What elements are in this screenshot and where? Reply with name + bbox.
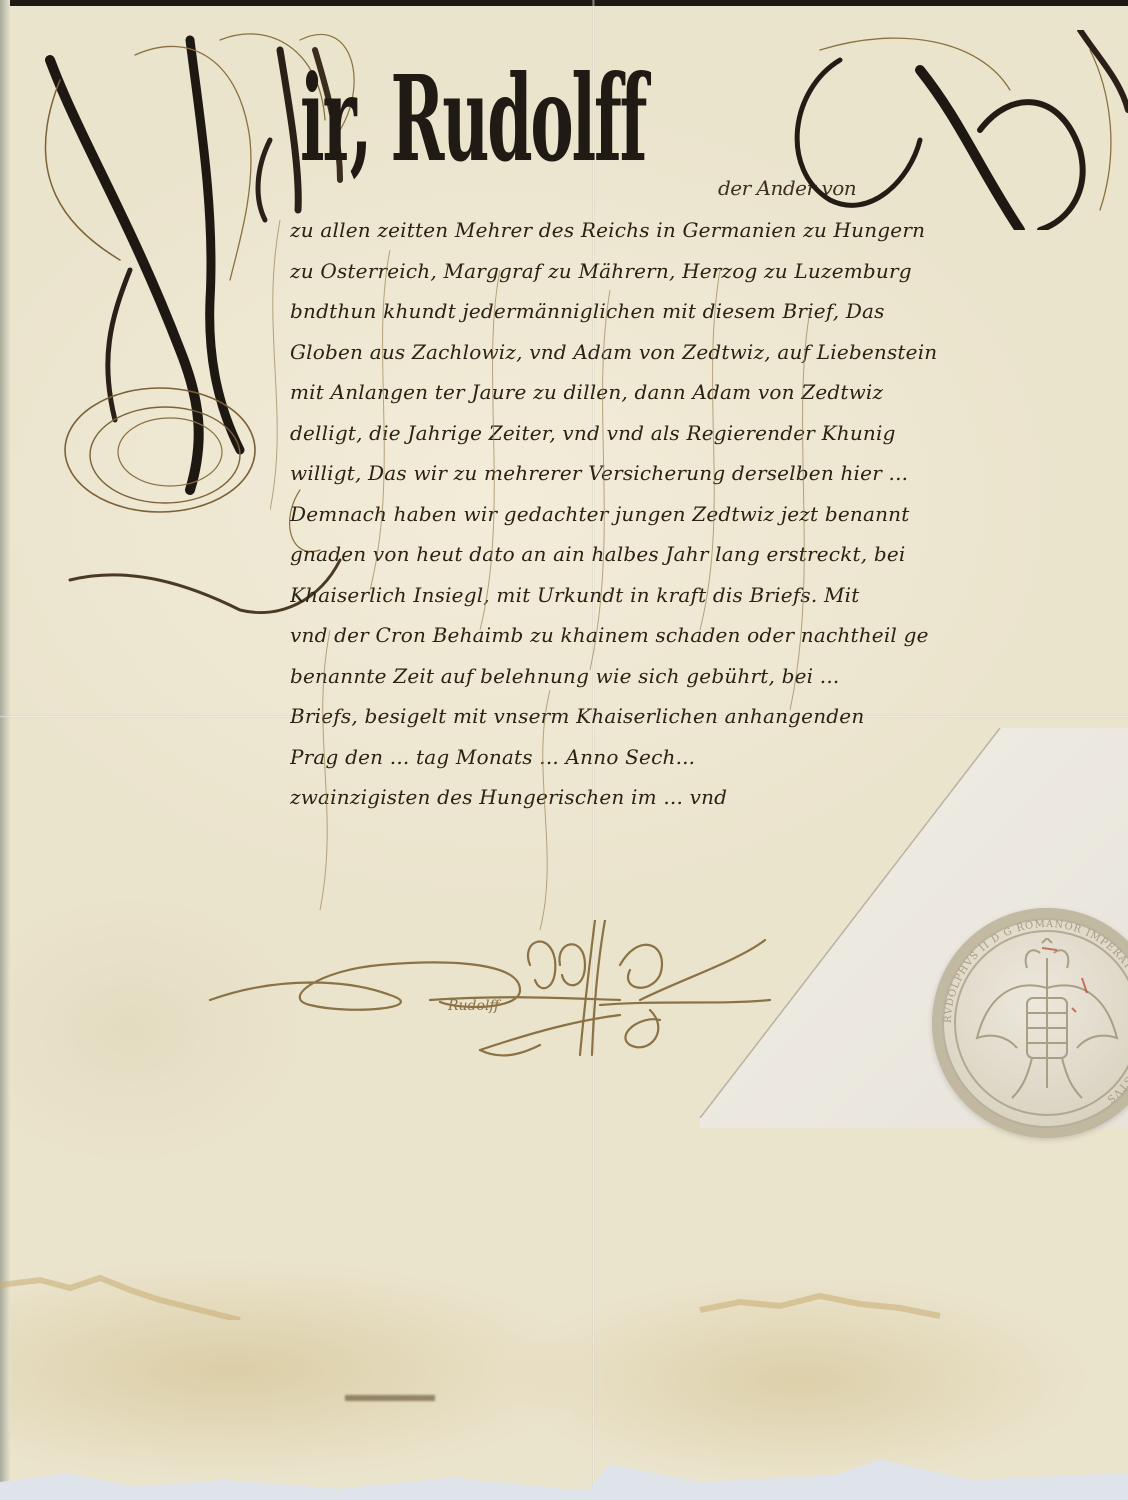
body-line: delligt, die Jahrige Zeiter, vnd vnd als… xyxy=(290,421,1128,462)
body-line: mit Anlangen ter Jaure zu dillen, dann A… xyxy=(290,380,1128,421)
body-line: Demnach haben wir gedachter jungen Zedtw… xyxy=(290,502,1128,543)
body-line: willigt, Das wir zu mehrerer Versicherun… xyxy=(290,461,1128,502)
scan-top-edge xyxy=(0,0,1128,6)
body-line: zu Osterreich, Marggraf zu Mährern, Herz… xyxy=(290,259,1128,300)
body-line: bndthun khundt jedermänniglichen mit die… xyxy=(290,299,1128,340)
ink-blot xyxy=(345,1395,435,1401)
heading-name: ir, Rudolff xyxy=(300,60,645,178)
body-line: zu allen zeitten Mehrer des Reichs in Ge… xyxy=(290,218,1128,259)
body-line: Khaiserlich Insiegl, mit Urkundt in kraf… xyxy=(290,583,1128,624)
body-line: gnaden von heut dato an ain halbes Jahr … xyxy=(290,542,1128,583)
calligraphic-initial-g xyxy=(780,30,1128,230)
double-headed-eagle-icon xyxy=(972,938,1122,1108)
water-stain-tideline xyxy=(0,1260,1128,1320)
body-line: Globen aus Zachlowiz, vnd Adam von Zedtw… xyxy=(290,340,1128,381)
imperial-wax-seal: RVDOLPHVS II D G ROMANOR IMPERATOR SEMPE… xyxy=(932,908,1128,1138)
body-line: benannte Zeit auf belehnung wie sich geb… xyxy=(290,664,1128,705)
signature-rudolff: Rudolff xyxy=(200,920,800,1070)
body-line: vnd der Cron Behaimb zu khainem schaden … xyxy=(290,623,1128,664)
signature-text: Rudolff xyxy=(447,998,501,1014)
